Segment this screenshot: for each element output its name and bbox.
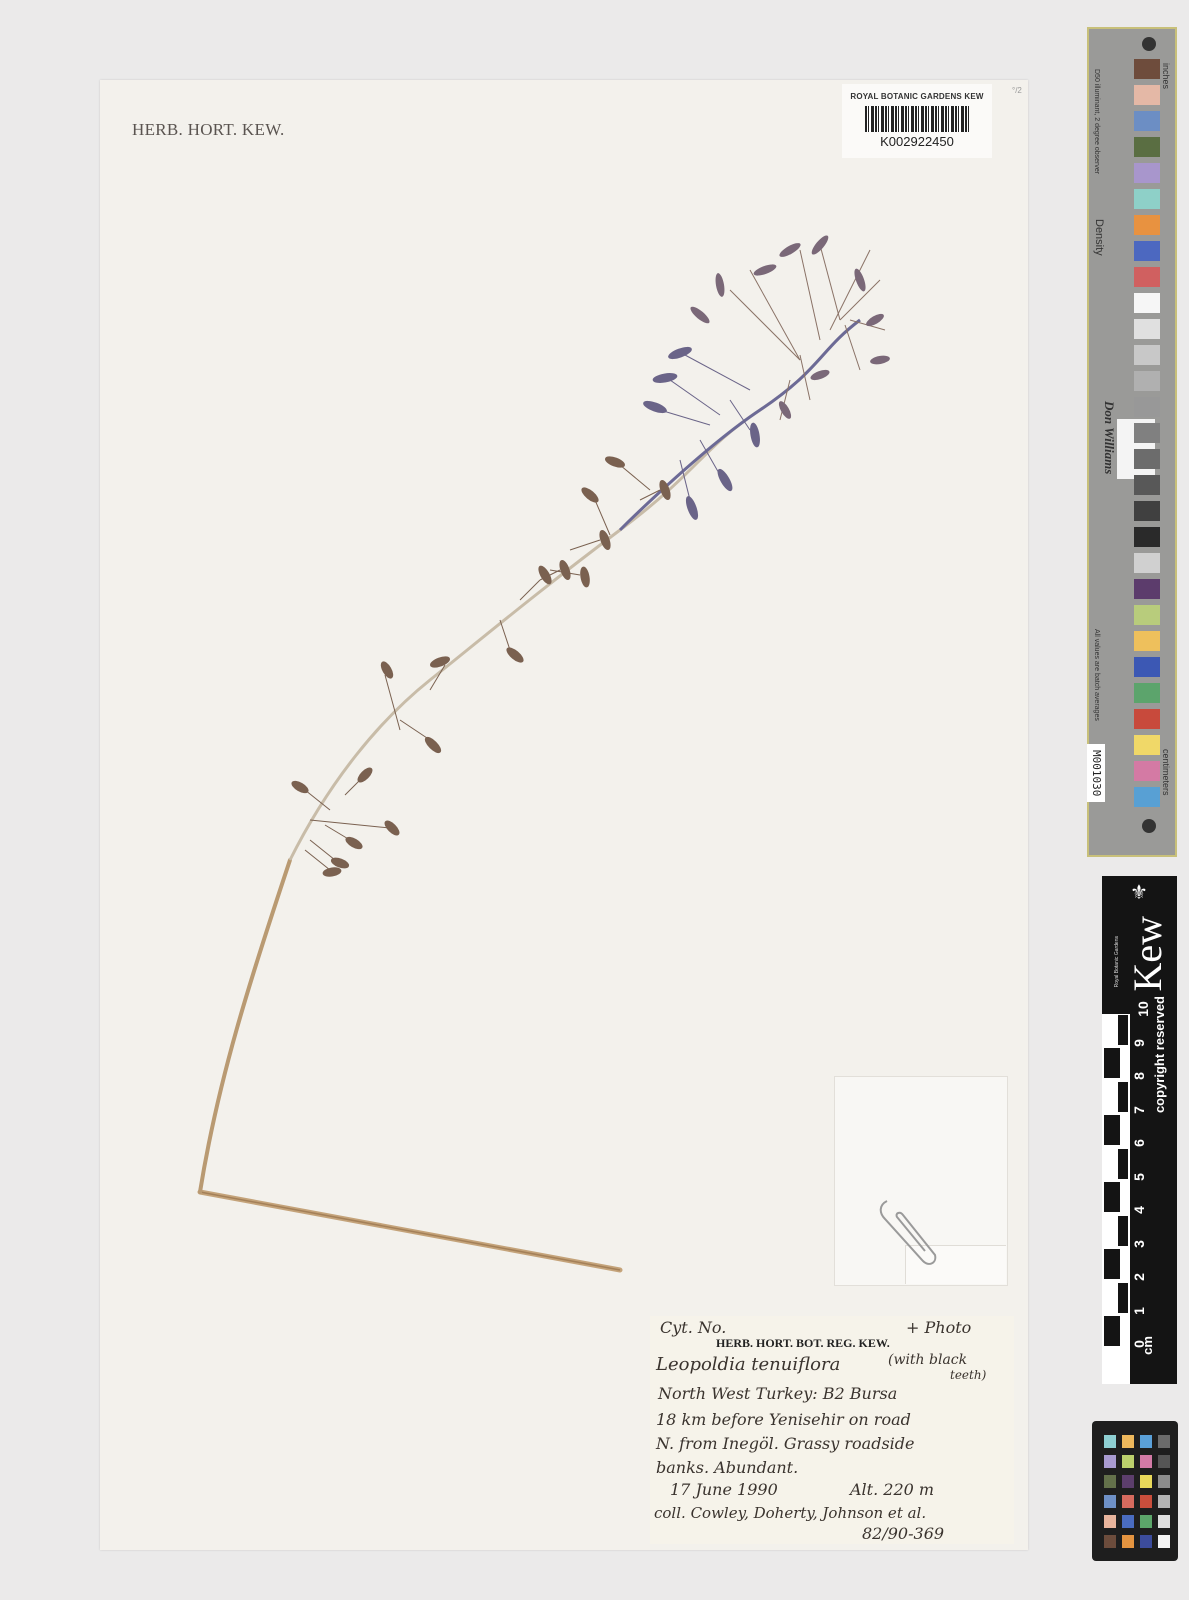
color-patch [1134,709,1160,729]
color-patch [1134,59,1160,79]
color-patch [1134,267,1160,287]
copyright-text: copyright reserved [1152,996,1167,1113]
taxon-note-2: teeth) [950,1368,986,1382]
scale-tick-label: 9 [1131,1039,1147,1047]
color-patch [1134,397,1160,417]
scale-tick-label: 1 [1131,1307,1147,1315]
checker-swatch [1140,1435,1152,1448]
checker-swatch [1158,1455,1170,1468]
registration-dot-bottom [1142,819,1156,833]
collection-date: 17 June 1990 [670,1480,778,1499]
scale-tick-label: 8 [1131,1072,1147,1080]
ruler-segment [1104,1182,1120,1212]
color-patch [1134,683,1160,703]
locality-line-4: banks. Abundant. [656,1458,798,1477]
batch-note: All values are batch averages [1093,629,1100,721]
color-patch [1134,735,1160,755]
checker-swatch [1104,1475,1116,1488]
checker-swatch [1104,1455,1116,1468]
cm-unit-label: cm [1140,1336,1155,1355]
checker-swatch [1104,1515,1116,1528]
density-label: Density [1093,219,1105,256]
collectors: coll. Cowley, Doherty, Johnson et al. [654,1504,926,1522]
kew-logo: Kew [1124,916,1171,992]
checker-swatch [1140,1475,1152,1488]
ruler-segment [1118,1015,1128,1045]
locality-line-1: North West Turkey: B2 Bursa [658,1384,897,1403]
color-patch [1134,189,1160,209]
taxon-name: Leopoldia tenuiflora [656,1354,840,1375]
color-patch [1134,137,1160,157]
scale-tick-label: 4 [1131,1206,1147,1214]
color-patch [1134,527,1160,547]
scale-tick-label: 3 [1131,1240,1147,1248]
color-patch [1134,501,1160,521]
color-patch [1134,605,1160,625]
color-patch [1134,293,1160,313]
color-patch [1134,85,1160,105]
kew-crest-icon: ⚜ [1130,880,1148,905]
scale-tick-label: 6 [1131,1139,1147,1147]
color-patch [1134,163,1160,183]
color-patch [1134,579,1160,599]
checker-swatch [1104,1435,1116,1448]
checker-swatch [1140,1495,1152,1508]
ruler-segment [1104,1048,1120,1078]
color-patch [1134,345,1160,365]
label-printed-header: HERB. HORT. BOT. REG. KEW. [716,1336,890,1351]
collection-number: 82/90-369 [862,1524,944,1543]
ruler-segment [1104,1249,1120,1279]
photo-note: + Photo [906,1318,971,1337]
color-patch [1134,371,1160,391]
paperclip-icon [875,1195,945,1275]
color-patch [1134,787,1160,807]
checker-swatch [1158,1515,1170,1528]
checker-swatch [1158,1495,1170,1508]
checker-swatch [1140,1515,1152,1528]
rbg-subbrand: Royal Botanic Gardens [1114,936,1120,987]
color-patch [1134,111,1160,131]
checker-swatch [1158,1535,1170,1548]
checker-swatch [1104,1495,1116,1508]
color-patch [1134,475,1160,495]
checker-swatch [1140,1455,1152,1468]
scale-tick-label: 7 [1131,1106,1147,1114]
checker-swatch [1122,1535,1134,1548]
color-patch [1134,657,1160,677]
color-patch [1134,553,1160,573]
locality-line-3: N. from Inegöl. Grassy roadside [656,1434,914,1453]
inches-label: inches [1161,63,1171,89]
color-patch [1134,241,1160,261]
ruler-segment [1118,1082,1128,1112]
altitude: Alt. 220 m [850,1480,934,1499]
color-patch [1134,319,1160,339]
color-calibration-bar: inches D50 illuminant, 2 degree observer… [1087,27,1177,857]
don-williams-brand: Don Williams [1101,401,1117,474]
color-patch [1134,449,1160,469]
cm-ruler [1102,1014,1130,1384]
taxon-note-1: (with black [888,1352,967,1368]
color-patch [1134,215,1160,235]
checker-swatch [1158,1475,1170,1488]
centimeters-label: centimeters [1161,749,1171,796]
checker-swatch [1122,1435,1134,1448]
checker-swatch [1140,1535,1152,1548]
checker-swatch [1122,1515,1134,1528]
ruler-segment [1118,1283,1128,1313]
color-checker-card [1092,1421,1178,1561]
color-patch [1134,631,1160,651]
color-bar-code: M001030 [1087,744,1105,802]
checker-swatch [1122,1475,1134,1488]
cyt-no-text: Cyt. No. [660,1318,726,1337]
locality-line-2: 18 km before Yenisehir on road [656,1410,911,1429]
registration-dot-top [1142,37,1156,51]
kew-scale-bar: ⚜ Royal Botanic Gardens Kew copyright re… [1102,876,1177,1384]
scale-tick-label: 10 [1135,1001,1151,1017]
fragment-packet [834,1076,1008,1286]
checker-swatch [1122,1495,1134,1508]
herbarium-sheet: HERB. HORT. KEW. ROYAL BOTANIC GARDENS K… [100,80,1028,1550]
checker-swatch [1104,1535,1116,1548]
determination-label: Cyt. No. + Photo HERB. HORT. BOT. REG. K… [650,1316,1014,1544]
ruler-segment [1118,1216,1128,1246]
color-patch [1134,423,1160,443]
ruler-segment [1104,1115,1120,1145]
illuminant-note: D50 illuminant, 2 degree observer [1093,69,1100,174]
scale-tick-label: 5 [1131,1173,1147,1181]
ruler-segment [1118,1149,1128,1179]
scale-tick-label: 2 [1131,1273,1147,1281]
checker-swatch [1158,1435,1170,1448]
color-patch [1134,761,1160,781]
ruler-segment [1104,1316,1120,1346]
checker-swatch [1122,1455,1134,1468]
